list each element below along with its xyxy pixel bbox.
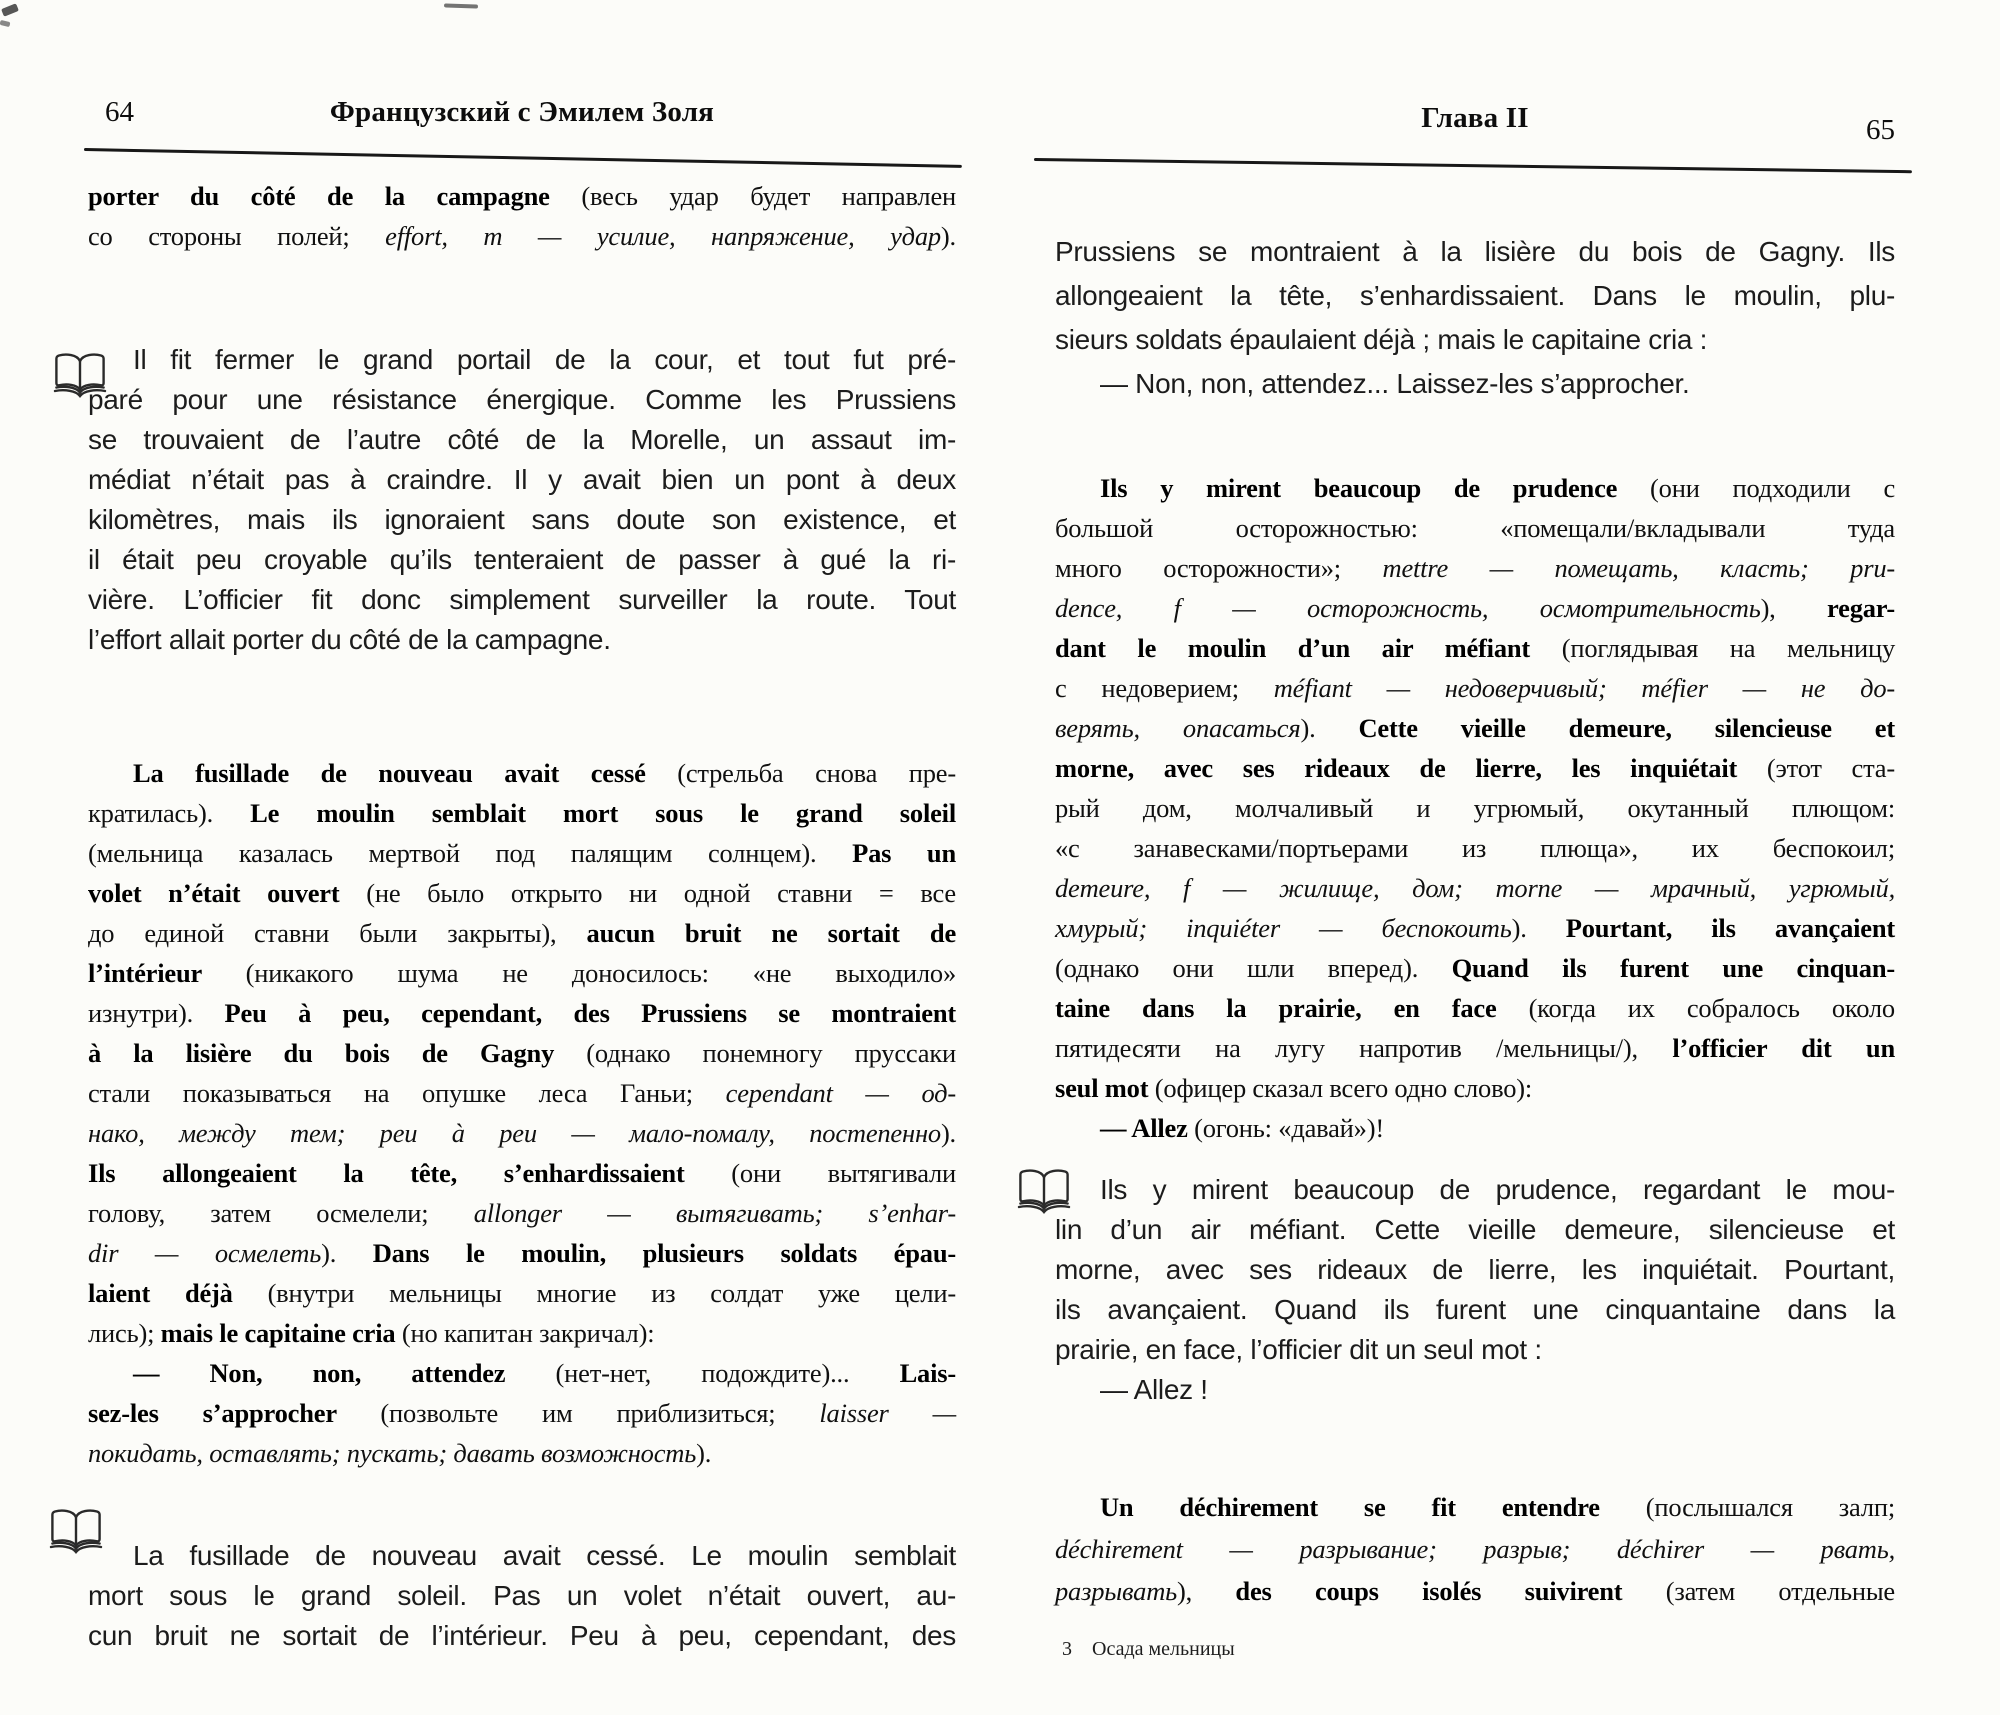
text-segment: morne, avec ses rideaux de lierre, les i…	[1055, 1254, 1895, 1285]
text-line: Ils allongeaient la tête, s’enhardissaie…	[88, 1153, 956, 1193]
text-segment: (огонь: «давай»)!	[1194, 1113, 1384, 1143]
text-line: paré pour une résistance énergique. Comm…	[88, 380, 956, 420]
page-number: 65	[1055, 114, 1895, 147]
text-segment: mort sous le grand soleil. Pas un volet …	[88, 1580, 956, 1611]
text-line: morne, avec ses rideaux de lierre, les i…	[1055, 1250, 1895, 1290]
text-segment: нако, между тем; peu à peu — мало-помалу…	[88, 1118, 941, 1148]
text-segment: Ils y mirent beaucoup de prudence	[1100, 473, 1650, 503]
text-line: cun bruit ne sortait de l’intérieur. Peu…	[88, 1616, 956, 1656]
text-line: morne, avec ses rideaux de lierre, les i…	[1055, 748, 1895, 788]
text-line: (однако они шли вперед). Quand ils furen…	[1055, 948, 1895, 988]
text-line: Ils y mirent beaucoup de prudence (они п…	[1055, 468, 1895, 508]
text-segment: sez-les s’approcher	[88, 1398, 380, 1428]
text-segment: ),	[1177, 1576, 1235, 1606]
text-segment: (но капитан закричал):	[402, 1318, 654, 1348]
text-segment: (послышался залп;	[1646, 1492, 1895, 1522]
text-segment: l’officier dit un	[1672, 1033, 1895, 1063]
text-segment: голову, затем осмелели;	[88, 1198, 474, 1228]
text-line: Un déchirement se fit entendre (послышал…	[1055, 1486, 1895, 1528]
text-segment: (однако они шли вперед).	[1055, 953, 1452, 983]
text-line: lin d’un air méfiant. Cette vieille deme…	[1055, 1210, 1895, 1250]
text-line: déchirement — разрывание; разрыв; déchir…	[1055, 1528, 1895, 1570]
text-segment: с недоверием;	[1055, 673, 1274, 703]
text-line: demeure, f — жилище, дом; morne — мрачны…	[1055, 868, 1895, 908]
text-segment: (никакого шума не доносилось: «не выходи…	[246, 958, 956, 988]
text-segment: (мельница казалась мертвой под палящим с…	[88, 838, 852, 868]
text-segment: (затем отдельные	[1666, 1576, 1895, 1606]
text-line: mort sous le grand soleil. Pas un volet …	[88, 1576, 956, 1616]
text-segment: (когда их собралось около	[1529, 993, 1895, 1023]
text-line: голову, затем осмелели; allonger — вытяг…	[88, 1193, 956, 1233]
literary-paragraph: Il fit fermer le grand portail de la cou…	[88, 340, 956, 660]
text-line: до единой ставни были закрыты), aucun br…	[88, 913, 956, 953]
book-scan: { "left_page": { "page_number": "64", "r…	[0, 0, 2000, 1715]
text-segment: со стороны полей;	[88, 221, 385, 251]
text-line: кратилась). Le moulin semblait mort sous…	[88, 793, 956, 833]
text-segment: стали показываться на опушке леса Ганьи;	[88, 1078, 726, 1108]
text-segment: volet n’était ouvert	[88, 878, 366, 908]
header-rule	[84, 148, 962, 168]
text-segment: kilomètres, mais ils ignoraient sans dou…	[88, 504, 956, 535]
text-line: prairie, en face, l’officier dit un seul…	[1055, 1330, 1895, 1370]
literary-paragraph: La fusillade de nouveau avait cessé. Le …	[88, 1536, 956, 1656]
text-segment: La fusillade de nouveau avait cessé	[133, 758, 677, 788]
text-segment: (однако понемногу пруссаки	[586, 1038, 956, 1068]
text-segment: Cette vieille demeure, silencieuse et	[1359, 713, 1895, 743]
header-rule	[1034, 158, 1912, 173]
text-line: porter du côté de la campagne (весь удар…	[88, 176, 956, 216]
running-title: Французский с Эмилем Золя	[88, 96, 956, 129]
text-line: sieurs soldats épaulaient déjà ; mais le…	[1055, 318, 1895, 362]
text-segment: (не было открыто ни одной ставни = все	[366, 878, 956, 908]
text-line: l’intérieur (никакого шума не доносилось…	[88, 953, 956, 993]
text-line: рый дом, молчаливый и угрюмый, окутанный…	[1055, 788, 1895, 828]
text-segment: vière. L’officier fit donc simplement su…	[88, 584, 956, 615]
text-segment: cun bruit ne sortait de l’intérieur. Peu…	[88, 1620, 956, 1651]
text-line: со стороны полей; effort, m — усилие, на…	[88, 216, 956, 256]
text-line: большой осторожностью: «помещали/вкладыв…	[1055, 508, 1895, 548]
text-segment: ).	[321, 1238, 373, 1268]
text-segment: il était peu croyable qu’ils tenteraient…	[88, 544, 956, 575]
text-line: изнутри). Peu à peu, cependant, des Prus…	[88, 993, 956, 1033]
text-segment: dant le moulin d’un air méfiant	[1055, 633, 1562, 663]
text-segment: dence, f — осторожность, осмотрительност…	[1055, 593, 1761, 623]
text-line: allongeaient la tête, s’enhardissaient. …	[1055, 274, 1895, 318]
text-line: Prussiens se montraient à la lisière du …	[1055, 230, 1895, 274]
text-segment: Il fit fermer le grand portail de la cou…	[133, 344, 956, 375]
text-segment: Le moulin semblait mort sous le grand so…	[250, 798, 956, 828]
text-line: «с занавесками/портьерами из плюща», их …	[1055, 828, 1895, 868]
text-segment: aucun bruit ne sortait de	[587, 918, 956, 948]
text-segment: Pas un	[852, 838, 956, 868]
text-segment: (стрельба снова пре-	[677, 758, 956, 788]
text-segment: allongeaient la tête, s’enhardissaient. …	[1055, 280, 1895, 311]
text-segment: ).	[1300, 713, 1358, 743]
text-segment: покидать, оставлять; пускать; давать воз…	[88, 1438, 696, 1468]
right-page: Глава II 65 Prussiens se montraient à la…	[1000, 0, 2000, 1715]
text-segment: déchirement — разрывание; разрыв; déchir…	[1055, 1534, 1895, 1564]
text-line: (мельница казалась мертвой под палящим с…	[88, 833, 956, 873]
text-segment: (офицер сказал всего одно слово):	[1155, 1073, 1532, 1103]
text-line: лись); mais le capitaine cria (но капита…	[88, 1313, 956, 1353]
text-segment: médiat n’était pas à craindre. Il y avai…	[88, 464, 956, 495]
text-segment: lin d’un air méfiant. Cette vieille deme…	[1055, 1214, 1895, 1245]
text-line: с недоверием; méfiant — недоверчивый; mé…	[1055, 668, 1895, 708]
signature-title: Осада мельницы	[1092, 1638, 1235, 1660]
text-line: разрывать), des coups isolés suivirent (…	[1055, 1570, 1895, 1612]
text-line: dir — осмелеть). Dans le moulin, plusieu…	[88, 1233, 956, 1273]
text-line: dant le moulin d’un air méfiant (погляды…	[1055, 628, 1895, 668]
text-line: Il fit fermer le grand portail de la cou…	[88, 340, 956, 380]
text-segment: Pourtant, ils avançaient	[1566, 913, 1895, 943]
text-segment: ),	[1761, 593, 1827, 623]
text-segment: много осторожности»;	[1055, 553, 1383, 583]
text-line: volet n’était ouvert (не было открыто ни…	[88, 873, 956, 913]
text-segment: изнутри).	[88, 998, 225, 1028]
text-segment: Dans le moulin, plusieurs soldats épau-	[373, 1238, 956, 1268]
text-segment: кратилась).	[88, 798, 250, 828]
text-segment: se trouvaient de l’autre côté de la More…	[88, 424, 956, 455]
text-line: dence, f — осторожность, осмотрительност…	[1055, 588, 1895, 628]
text-segment: — Allez	[1100, 1113, 1194, 1143]
text-line: La fusillade de nouveau avait cessé. Le …	[88, 1536, 956, 1576]
text-segment: morne, avec ses rideaux de lierre, les i…	[1055, 753, 1767, 783]
text-segment: paré pour une résistance énergique. Comm…	[88, 384, 956, 415]
text-line: хмурый; inquiéter — беспокоить). Pourtan…	[1055, 908, 1895, 948]
text-segment: laient déjà	[88, 1278, 268, 1308]
gloss-paragraph: La fusillade de nouveau avait cessé (стр…	[88, 753, 956, 1473]
text-line: vière. L’officier fit donc simplement su…	[88, 580, 956, 620]
text-segment: demeure, f — жилище, дом; morne — мрачны…	[1055, 873, 1895, 903]
text-line: — Allez (огонь: «давай»)!	[1055, 1108, 1895, 1148]
text-segment: — Allez !	[1100, 1374, 1208, 1405]
text-segment: l’intérieur	[88, 958, 246, 988]
left-page: 64 Французский с Эмилем Золя porter du c…	[0, 0, 1000, 1715]
text-line: l’effort allait porter du côté de la cam…	[88, 620, 956, 660]
text-segment: Un déchirement se fit entendre	[1100, 1492, 1646, 1522]
text-segment: sieurs soldats épaulaient déjà ; mais le…	[1055, 324, 1707, 355]
text-segment: ils avançaient. Quand ils furent une cin…	[1055, 1294, 1895, 1325]
text-segment: seul mot	[1055, 1073, 1155, 1103]
text-line: — Non, non, attendez (нет-нет, подождите…	[88, 1353, 956, 1393]
text-line: стали показываться на опушке леса Ганьи;…	[88, 1073, 956, 1113]
text-segment: La fusillade de nouveau avait cessé. Le …	[133, 1540, 956, 1571]
text-segment: Lais-	[900, 1358, 956, 1388]
text-segment: — Non, non, attendez... Laissez-les s’ap…	[1100, 368, 1690, 399]
text-segment: большой осторожностью: «помещали/вкладыв…	[1055, 513, 1895, 543]
text-segment: prairie, en face, l’officier dit un seul…	[1055, 1334, 1542, 1365]
text-segment: — Non, non, attendez	[133, 1358, 556, 1388]
text-segment: Quand ils furent une cinquan-	[1452, 953, 1895, 983]
literary-paragraph: Ils y mirent beaucoup de prudence, regar…	[1055, 1170, 1895, 1410]
literary-paragraph: Prussiens se montraient à la lisière du …	[1055, 230, 1895, 406]
gloss-paragraph: Un déchirement se fit entendre (послышал…	[1055, 1486, 1895, 1612]
text-line: ils avançaient. Quand ils furent une cin…	[1055, 1290, 1895, 1330]
text-segment: ).	[941, 221, 956, 251]
text-line: kilomètres, mais ils ignoraient sans dou…	[88, 500, 956, 540]
text-line: — Non, non, attendez... Laissez-les s’ap…	[1055, 362, 1895, 406]
text-segment: à la lisière du bois de Gagny	[88, 1038, 586, 1068]
text-line: laient déjà (внутри мельницы многие из с…	[88, 1273, 956, 1313]
text-segment: effort, m — усилие, напряжение, удар	[385, 221, 941, 251]
text-line: taine dans la prairie, en face (когда их…	[1055, 988, 1895, 1028]
text-segment: верять, опасаться	[1055, 713, 1300, 743]
text-segment: des coups isolés suivirent	[1235, 1576, 1665, 1606]
gloss-paragraph: Ils y mirent beaucoup de prudence (они п…	[1055, 468, 1895, 1148]
text-segment: (они подходили с	[1650, 473, 1895, 503]
text-line: Ils y mirent beaucoup de prudence, regar…	[1055, 1170, 1895, 1210]
text-line: sez-les s’approcher (позвольте им прибли…	[88, 1393, 956, 1433]
text-line: много осторожности»; mettre — помещать, …	[1055, 548, 1895, 588]
text-segment: porter du côté de la campagne	[88, 181, 581, 211]
text-segment: ).	[941, 1118, 956, 1148]
text-segment: Peu à peu, cependant, des Prussiens se m…	[225, 998, 956, 1028]
text-segment: хмурый; inquiéter — беспокоить	[1055, 913, 1512, 943]
print-signature-footer: 3Осада мельницы	[1062, 1638, 1235, 1661]
text-line: médiat n’était pas à craindre. Il y avai…	[88, 460, 956, 500]
text-line: La fusillade de nouveau avait cessé (стр…	[88, 753, 956, 793]
text-segment: разрывать	[1055, 1576, 1177, 1606]
text-segment: (этот ста-	[1767, 753, 1895, 783]
text-line: il était peu croyable qu’ils tenteraient…	[88, 540, 956, 580]
text-line: seul mot (офицер сказал всего одно слово…	[1055, 1068, 1895, 1108]
text-line: se trouvaient de l’autre côté de la More…	[88, 420, 956, 460]
text-segment: Prussiens se montraient à la lisière du …	[1055, 236, 1895, 267]
text-segment: mettre — помещать, класть; pru-	[1383, 553, 1895, 583]
text-segment: ).	[696, 1438, 711, 1468]
text-segment: ).	[1512, 913, 1566, 943]
text-segment: лись);	[88, 1318, 161, 1348]
gloss-paragraph: porter du côté de la campagne (весь удар…	[88, 176, 956, 256]
text-segment: regar-	[1827, 593, 1895, 623]
text-segment: (нет-нет, подождите)...	[556, 1358, 900, 1388]
text-segment: пятидесяти на лугу напротив /мельницы/),	[1055, 1033, 1672, 1063]
text-segment: (они вытягивали	[731, 1158, 956, 1188]
text-segment: (внутри мельницы многие из солдат уже це…	[268, 1278, 956, 1308]
text-segment: (позвольте им приблизиться;	[380, 1398, 819, 1428]
text-segment: рый дом, молчаливый и угрюмый, окутанный…	[1055, 793, 1895, 823]
text-line: нако, между тем; peu à peu — мало-помалу…	[88, 1113, 956, 1153]
text-segment: Ils allongeaient la tête, s’enhardissaie…	[88, 1158, 731, 1188]
text-line: верять, опасаться). Cette vieille demeur…	[1055, 708, 1895, 748]
text-segment: mais le capitaine cria	[161, 1318, 402, 1348]
text-segment: «с занавесками/портьерами из плюща», их …	[1055, 833, 1895, 863]
text-line: — Allez !	[1055, 1370, 1895, 1410]
text-segment: laisser —	[819, 1398, 956, 1428]
text-line: покидать, оставлять; пускать; давать воз…	[88, 1433, 956, 1473]
text-segment: Ils y mirent beaucoup de prudence, regar…	[1100, 1174, 1895, 1205]
text-line: à la lisière du bois de Gagny (однако по…	[88, 1033, 956, 1073]
text-line: пятидесяти на лугу напротив /мельницы/),…	[1055, 1028, 1895, 1068]
text-segment: l’effort allait porter du côté de la cam…	[88, 624, 611, 655]
text-segment: до единой ставни были закрыты),	[88, 918, 587, 948]
signature-number: 3	[1062, 1638, 1072, 1660]
text-segment: (поглядывая на мельницу	[1562, 633, 1895, 663]
text-segment: cependant — од-	[726, 1078, 956, 1108]
text-segment: méfiant — недоверчивый; méfier — не до-	[1274, 673, 1895, 703]
text-segment: dir — осмелеть	[88, 1238, 321, 1268]
text-segment: (весь удар будет направлен	[581, 181, 956, 211]
text-segment: taine dans la prairie, en face	[1055, 993, 1529, 1023]
text-segment: allonger — вытягивать; s’enhar-	[474, 1198, 956, 1228]
